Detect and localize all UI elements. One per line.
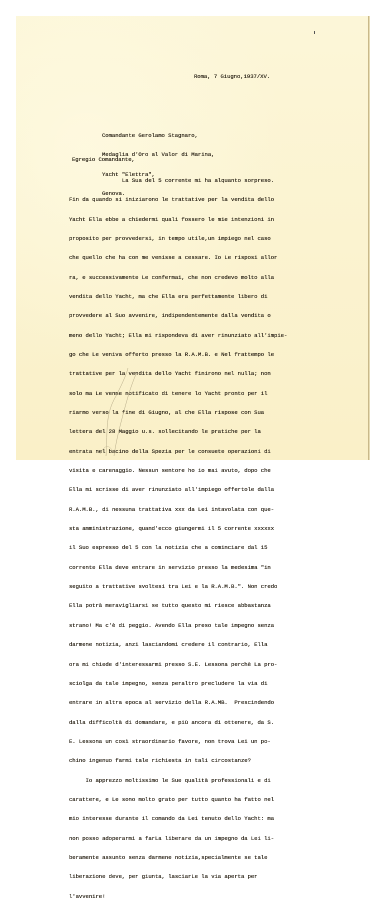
body-line: provvedere al Suo avvenire, indipendente… [69, 313, 287, 319]
body-line: La Sua del 5 corrente mi ha alquanto sor… [69, 178, 287, 184]
ink-mark [314, 31, 315, 34]
body-line: meno dello Yacht; Ella mi rispondeva di … [69, 333, 287, 339]
body-line: proposito per provvedersi, in tempo util… [69, 236, 287, 242]
body-line: go che Le veniva offerto presso la R.A.M… [69, 352, 287, 358]
body-line: entrata nel bacino della Spezia per le c… [69, 449, 287, 455]
body-line: visita e carenaggio. Nessun sentore ho i… [69, 468, 287, 474]
recipient-line: Comandante Gerolamo Stagnaro, [102, 133, 214, 139]
salutation: Egregio Comandante, [72, 157, 135, 163]
date-line: Roma, 7 Giugno,1937/XV. [194, 74, 270, 80]
body-line: trattative per la vendita dello Yacht fi… [69, 371, 287, 377]
body-line: Fin da quando si iniziarono le trattativ… [69, 197, 287, 203]
body-line: che quello che ha con me venisse a cessa… [69, 255, 287, 261]
letter-page: Roma, 7 Giugno,1937/XV. Comandante Gerol… [16, 16, 369, 460]
body-line: riarmo verso la fine di Giugno, al che E… [69, 410, 287, 416]
body-line: solo ma Le venne notificato di tenere lo… [69, 391, 287, 397]
body-line: ra, e successivamente Le confermai, che … [69, 275, 287, 281]
letter-body: La Sua del 5 corrente mi ha alquanto sor… [69, 165, 287, 479]
body-line: lettera del 28 Maggio u.s. sollecitando … [69, 429, 287, 435]
body-line: Yacht Ella ebbe a chiedermi quali fosser… [69, 217, 287, 223]
body-line: vendita dello Yacht, ma che Ella era per… [69, 294, 287, 300]
